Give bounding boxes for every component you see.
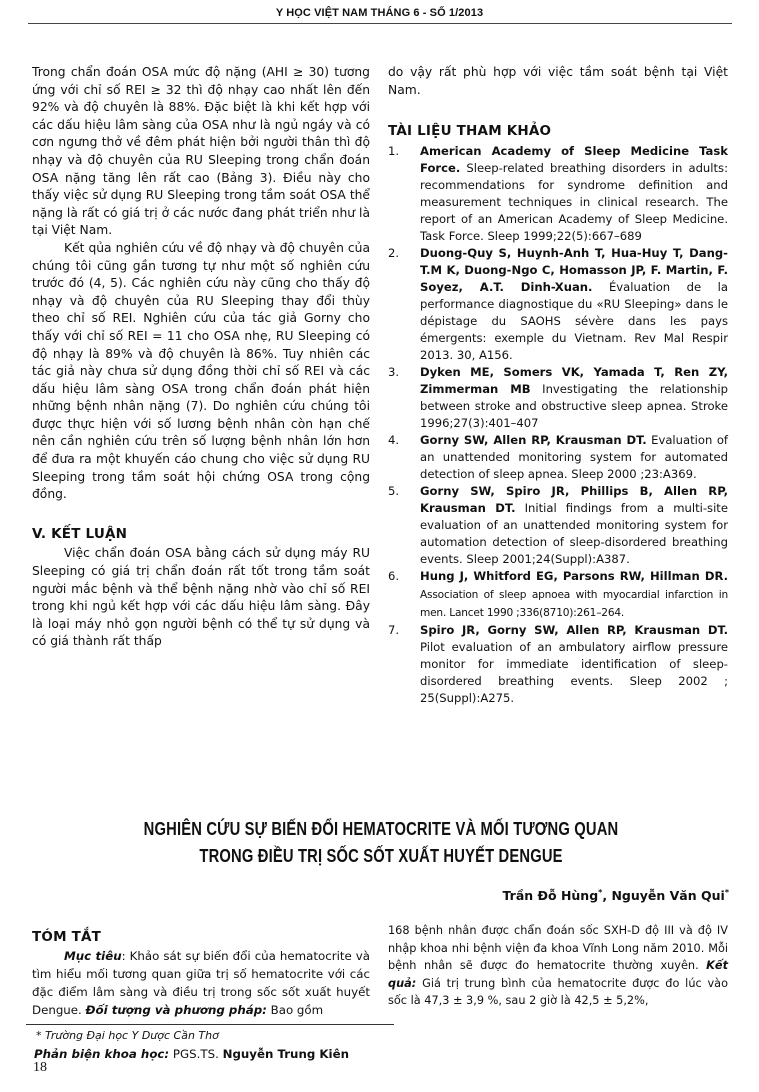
objective-label: Mục tiêu [64,949,122,963]
methods-label: Đối tượng và phương pháp: [86,1003,267,1017]
author-name: Nguyễn Văn Qui [611,888,724,903]
abstract-paragraph: Mục tiêu: Khảo sát sự biến đổi của hemat… [32,947,370,1019]
reference-item: 5.Gorny SW, Spiro JR, Phillips B, Allen … [388,483,728,568]
affiliation-mark: * [725,888,729,897]
results-text: Giá trị trung bình của hematocrite được … [388,977,728,1008]
affiliation-footnote: * Trường Đại học Y Dược Cần Thơ [36,1029,219,1042]
reference-item: 3.Dyken ME, Somers VK, Yamada T, Ren ZY,… [388,364,728,432]
reference-number: 4. [388,432,399,449]
reference-item: 2.Duong-Quy S, Huynh-Anh T, Hua-Huy T, D… [388,245,728,364]
conclusion-paragraph: Việc chẩn đoán OSA bằng cách sử dụng máy… [32,545,370,651]
reference-item: 4.Gorny SW, Allen RP, Krausman DT. Evalu… [388,432,728,483]
reference-list: 1.American Academy of Sleep Medicine Tas… [388,143,728,707]
conclusion-continuation: do vậy rất phù hợp với việc tầm soát bện… [388,64,728,99]
methods-continuation: 168 bệnh nhân được chẩn đoán sốc SXH-D đ… [388,924,728,972]
reference-item: 7.Spiro JR, Gorny SW, Allen RP, Krausman… [388,622,728,707]
abstract-heading: TÓM TẮT [32,928,370,946]
reference-number: 3. [388,364,399,381]
reference-authors: Hung J, Whitford EG, Parsons RW, Hillman… [420,569,728,583]
discussion-paragraph-2: Kết qủa nghiên cứu về độ nhạy và độ chuy… [32,240,370,504]
abstract-continuation: 168 bệnh nhân được chẩn đoán sốc SXH-D đ… [388,922,728,1010]
reference-authors: Spiro JR, Gorny SW, Allen RP, Krausman D… [420,623,728,637]
methods-text: Bao gồm [267,1003,323,1017]
article-title-line-2: TRONG ĐIỀU TRỊ SỐC SỐT XUẤT HUYẾT DENGUE [70,843,692,870]
references-heading: TÀI LIỆU THAM KHẢO [388,123,728,141]
reviewer-line: Phản biện khoa học: PGS.TS. Nguyễn Trung… [34,1047,349,1061]
conclusion-heading: V. KẾT LUẬN [32,526,370,544]
page-number: 18 [33,1060,47,1076]
article-title: NGHIÊN CỨU SỰ BIẾN ĐỔI HEMATOCRITE VÀ MỐ… [70,816,692,870]
author-name: Trần Đỗ Hùng [503,888,599,903]
reference-number: 1. [388,143,399,160]
reference-item: 1.American Academy of Sleep Medicine Tas… [388,143,728,245]
running-head: Y HỌC VIỆT NAM THÁNG 6 - SỐ 1/2013 [0,7,759,19]
reference-number: 6. [388,568,399,585]
reviewer-label: Phản biện khoa học: [34,1047,169,1061]
reference-text: Sleep-related breathing disorders in adu… [420,161,728,243]
reference-number: 2. [388,245,399,262]
right-column: do vậy rất phù hợp với việc tầm soát bện… [388,64,728,707]
article-authors: Trần Đỗ Hùng*, Nguyễn Văn Qui* [503,888,729,903]
reference-text: Association of sleep apnoea with myocard… [420,589,728,619]
reference-authors: Gorny SW, Allen RP, Krausman DT. [420,433,647,447]
reference-number: 7. [388,622,399,639]
reviewer-name: Nguyễn Trung Kiên [223,1047,349,1061]
reference-item: 6.Hung J, Whitford EG, Parsons RW, Hillm… [388,568,728,622]
abstract-left: TÓM TẮT Mục tiêu: Khảo sát sự biến đổi c… [32,928,370,1019]
reference-number: 5. [388,483,399,500]
abstract-right: 168 bệnh nhân được chẩn đoán sốc SXH-D đ… [388,922,728,1010]
discussion-paragraph-1: Trong chẩn đoán OSA mức độ nặng (AHI ≥ 3… [32,64,370,240]
footnote-divider [26,1024,394,1025]
header-divider [28,23,732,24]
reference-text: Pilot evaluation of an ambulatory airflo… [420,640,728,705]
left-column: Trong chẩn đoán OSA mức độ nặng (AHI ≥ 3… [32,64,370,651]
article-title-line-1: NGHIÊN CỨU SỰ BIẾN ĐỔI HEMATOCRITE VÀ MỐ… [70,816,692,843]
reviewer-title: PGS.TS. [169,1047,222,1061]
